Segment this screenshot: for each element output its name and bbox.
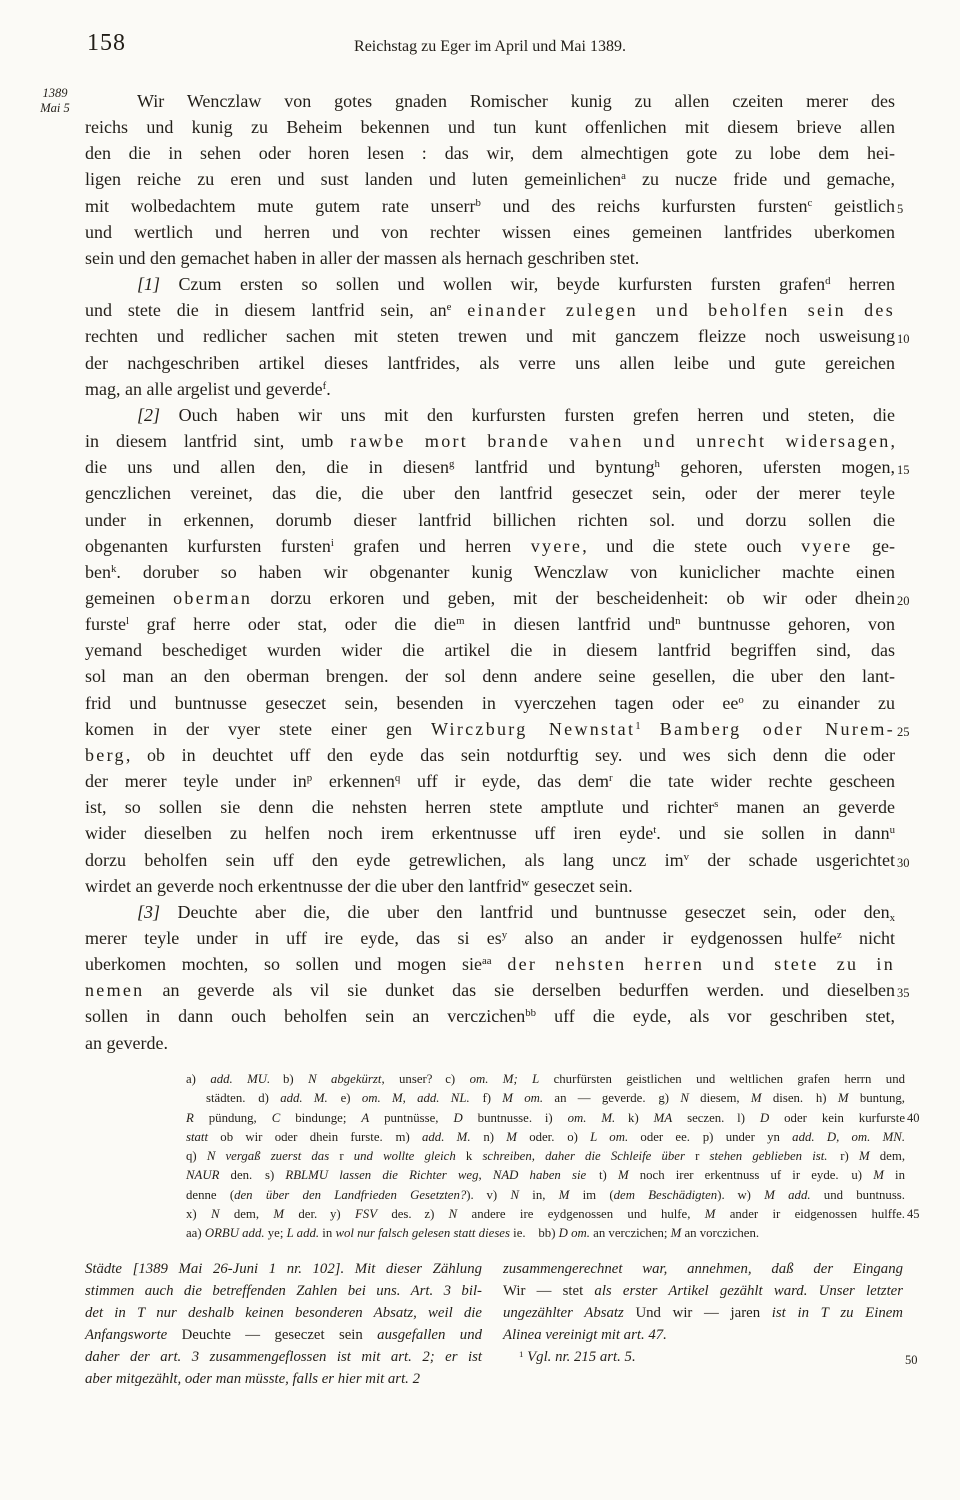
text-segment: furste bbox=[85, 614, 126, 634]
text-segment: in bbox=[884, 1168, 905, 1182]
text-segment: N bbox=[449, 1207, 458, 1221]
text-line: den die in sehen oder horen lesen : das … bbox=[85, 140, 895, 166]
text-segment: , unser? c) bbox=[381, 1072, 469, 1086]
text-line: aa) ORBU add. ye; L add. in wol nur fals… bbox=[186, 1224, 905, 1243]
text-segment: disen. h) bbox=[762, 1091, 838, 1105]
text-segment: R bbox=[186, 1111, 194, 1125]
text-segment: add. D, om. MN. bbox=[792, 1130, 905, 1144]
text-segment: gehoren, ufersten mogen, bbox=[660, 457, 895, 477]
text-segment: und wollte gleich bbox=[344, 1149, 466, 1163]
margin-date-year: 1389 bbox=[22, 86, 88, 101]
text-segment: buntung, bbox=[849, 1091, 905, 1105]
text-segment: N vergaß zuerst das bbox=[207, 1149, 340, 1163]
text-segment: wider dieselben zu helfen noch irem erke… bbox=[85, 823, 653, 843]
text-line: mag, an alle argelist und geverdef. bbox=[85, 376, 895, 402]
text-line: benk. doruber so haben wir obgenanter ku… bbox=[85, 559, 895, 585]
text-line: Wir Wenczlaw von gotes gnaden Romischer … bbox=[85, 88, 895, 114]
text-line: a) add. MU. b) N abgekürzt, unser? c) om… bbox=[186, 1070, 905, 1089]
text-segment: dem, bbox=[870, 1149, 905, 1163]
text-segment: add. M. bbox=[422, 1130, 471, 1144]
text-segment: ben bbox=[85, 562, 111, 582]
line-number: 25 bbox=[897, 719, 925, 745]
text-segment: wol nur falsch gelesen statt dieses bbox=[335, 1226, 510, 1240]
text-line: ligen reiche zu eren und sust landen und… bbox=[85, 166, 895, 192]
text-line: komen in der vyer stete einer gen Wirczb… bbox=[85, 716, 895, 742]
text-segment: M bbox=[273, 1207, 284, 1221]
text-segment: und buntnuss. bbox=[811, 1188, 905, 1202]
text-segment: k) bbox=[615, 1111, 653, 1125]
text-line: R pündung, C bindunge; A puntnüsse, D bu… bbox=[186, 1109, 905, 1128]
text-segment: Wir Wenczlaw von gotes gnaden Romischer … bbox=[137, 91, 895, 111]
text-segment: M bbox=[859, 1149, 870, 1163]
text-segment: bindunge; bbox=[280, 1111, 361, 1125]
text-segment: die uns und allen den, die in diesen bbox=[85, 457, 449, 477]
text-segment: MA bbox=[654, 1111, 672, 1125]
text-segment: uberkomen mochten, so sollen und mogen s… bbox=[85, 954, 482, 974]
text-segment: reichs und kunig zu Beheim bekennen und … bbox=[85, 117, 895, 137]
margin-date-day: Mai 5 bbox=[22, 101, 88, 116]
text-segment: . und sie sollen in dann bbox=[656, 823, 889, 843]
line-number: 5 bbox=[897, 196, 925, 222]
text-line: in diesem lantfrid sint, umb rawbe mort … bbox=[85, 428, 895, 454]
text-segment: M bbox=[618, 1168, 629, 1182]
text-line: genczlichen vereinet, das die, die uber … bbox=[85, 480, 895, 506]
main-text: Wir Wenczlaw von gotes gnaden Romischer … bbox=[85, 88, 895, 1056]
text-segment: Wir — stet bbox=[503, 1283, 583, 1299]
text-segment: schreiben, daher die Schleife über bbox=[472, 1149, 695, 1163]
paragraph-intro: Wir Wenczlaw von gotes gnaden Romischer … bbox=[85, 88, 895, 271]
text-segment: aa) bbox=[186, 1226, 205, 1240]
text-line: daher der art. 3 zusammengeflossen ist m… bbox=[85, 1346, 482, 1368]
text-segment: Czum ersten so sollen und wollen wir, be… bbox=[160, 274, 825, 294]
commentary-right-column: zusammengerechnet war, annehmen, daß der… bbox=[503, 1258, 903, 1368]
text-segment: geseczet sein. bbox=[529, 876, 632, 896]
text-segment: buntnusse gehoren, von bbox=[681, 614, 895, 634]
text-segment: an vorczichen. bbox=[681, 1226, 759, 1240]
text-line: gemeinen oberman dorzu erkoren und geben… bbox=[85, 585, 895, 611]
text-segment: sollen in dann ouch beholfen sein an ver… bbox=[85, 1006, 525, 1026]
footnote-mark: aa bbox=[482, 955, 492, 967]
text-segment: ungezählter Absatz bbox=[503, 1305, 635, 1321]
text-line: rechten und redlicher sachen mit steten … bbox=[85, 323, 895, 349]
text-segment: yemand beschediget wurden wider die arti… bbox=[85, 640, 895, 660]
text-segment: D bbox=[760, 1111, 769, 1125]
text-segment: zusammengerechnet war, annehmen, daß der… bbox=[503, 1261, 903, 1277]
text-segment: ander ir eidgenossen hulffe. bbox=[715, 1207, 905, 1221]
text-segment: add. M. bbox=[280, 1091, 328, 1105]
text-segment: an verczichen; bbox=[590, 1226, 671, 1240]
line-number: 20 bbox=[897, 588, 925, 614]
text-segment: sein und den gemachet haben in aller der… bbox=[85, 248, 639, 268]
text-segment: om. M, add. NL. bbox=[362, 1091, 470, 1105]
text-line: aber mitgezählt, oder man müsste, falls … bbox=[85, 1368, 482, 1390]
line-number: 45 bbox=[907, 1205, 935, 1224]
text-line: yemand beschediget wurden wider die arti… bbox=[85, 637, 895, 663]
text-segment: obgenanten kurfursten fursten bbox=[85, 536, 331, 556]
text-segment: ob wir oder dhein furste. m) bbox=[208, 1130, 422, 1144]
text-line: x) N dem, M der. y) FSV des. z) N andere… bbox=[186, 1205, 905, 1224]
text-segment: FSV bbox=[355, 1207, 377, 1221]
line-number: 50 bbox=[905, 1349, 933, 1371]
text-segment: aber mitgezählt, oder man müsste, falls … bbox=[85, 1371, 420, 1387]
text-segment: gemeinen bbox=[85, 588, 173, 608]
text-segment: den die in sehen oder horen lesen : das … bbox=[85, 143, 895, 163]
paragraph-article-1: [1] Czum ersten so sollen und wollen wir… bbox=[85, 271, 895, 402]
text-segment: den über den Landfrieden Gesetzten? bbox=[234, 1188, 466, 1202]
text-segment bbox=[451, 300, 467, 320]
text-segment: die tate wider rechte gescheen bbox=[613, 771, 895, 791]
text-segment: in diesem lantfrid sint, umb bbox=[85, 431, 350, 451]
text-segment: komen in der vyer stete einer gen bbox=[85, 719, 431, 739]
text-segment: in diesen lantfrid und bbox=[464, 614, 675, 634]
text-line: und stete die in diesem lantfrid sein, a… bbox=[85, 297, 895, 323]
margin-date: 1389 Mai 5 bbox=[22, 86, 88, 116]
text-line: uberkomen mochten, so sollen und mogen s… bbox=[85, 951, 895, 977]
text-segment: NAUR bbox=[186, 1168, 219, 1182]
text-segment: . doruber so haben wir obgenanter kunig … bbox=[116, 562, 895, 582]
text-segment: N bbox=[680, 1091, 689, 1105]
text-segment: vyere bbox=[531, 536, 582, 556]
text-segment: churfürsten geistlichen und weltlichen g… bbox=[539, 1072, 905, 1086]
text-segment: in, bbox=[519, 1188, 559, 1202]
text-segment: mag, an alle argelist und geverde bbox=[85, 379, 323, 399]
text-segment: manen an geverde bbox=[718, 797, 895, 817]
text-line: wider dieselben zu helfen noch irem erke… bbox=[85, 820, 895, 846]
text-segment: C bbox=[272, 1111, 281, 1125]
text-line: sein und den gemachet haben in aller der… bbox=[85, 245, 895, 271]
text-segment: städten. d) bbox=[206, 1091, 280, 1105]
line-number: 30 bbox=[897, 850, 925, 876]
text-segment: Wirczburg Newnstat bbox=[431, 719, 635, 739]
text-segment: merer teyle under in uff ire eyde, das s… bbox=[85, 928, 502, 948]
text-segment: vyere bbox=[801, 536, 852, 556]
text-segment: statt bbox=[186, 1130, 208, 1144]
text-line: mit wolbedachtem mute gutem rate unserrb… bbox=[85, 193, 895, 219]
text-segment: M add. bbox=[764, 1188, 810, 1202]
text-segment: rechten und redlicher sachen mit steten … bbox=[85, 326, 895, 346]
text-segment: oder. o) bbox=[517, 1130, 590, 1144]
text-segment bbox=[492, 954, 508, 974]
text-line: städten. d) add. M. e) om. M, add. NL. f… bbox=[186, 1089, 905, 1108]
text-segment: ). v) bbox=[466, 1188, 510, 1202]
text-line: Wir — stet als erster Artikel gezählt wa… bbox=[503, 1280, 903, 1302]
text-line: der merer teyle under inp erkennenq uff … bbox=[85, 768, 895, 794]
text-segment: M bbox=[751, 1091, 762, 1105]
text-segment: noch irer erkentnuss uf ir eyde. u) bbox=[629, 1168, 874, 1182]
text-segment: einander zulegen und beholfen sein des bbox=[467, 300, 895, 320]
text-line: under in erkennen, dorumb dieser lantfri… bbox=[85, 507, 895, 533]
text-segment: Vgl. nr. 215 art. 5. bbox=[523, 1349, 635, 1365]
text-line: [2] Ouch haben wir uns mit den kurfurste… bbox=[85, 402, 895, 428]
text-segment: grafen und herren bbox=[334, 536, 531, 556]
text-segment: add. MU. bbox=[210, 1072, 270, 1086]
text-segment: und des reichs kurfursten fursten bbox=[481, 196, 808, 216]
text-segment: der nachgeschriben artikel dieses lantfr… bbox=[85, 353, 895, 373]
text-segment: M bbox=[506, 1130, 517, 1144]
text-line: Anfangsworte Deuchte — geseczet sein aus… bbox=[85, 1324, 482, 1346]
text-line: 1 Vgl. nr. 215 art. 5.50 bbox=[503, 1346, 903, 1368]
text-segment: der schade usgerichtet bbox=[689, 850, 895, 870]
text-line: frid und buntnusse geseczet sein, besend… bbox=[85, 690, 895, 716]
text-segment: r) bbox=[828, 1149, 859, 1163]
text-segment: zu nucze fride und gemache, bbox=[626, 169, 895, 189]
text-segment: erkennen bbox=[312, 771, 395, 791]
footnote-mark: w bbox=[521, 877, 529, 889]
text-line: obgenanten kurfursten fursteni grafen un… bbox=[85, 533, 895, 559]
paragraph-article-2: [2] Ouch haben wir uns mit den kurfurste… bbox=[85, 402, 895, 899]
text-segment: ie. bb) bbox=[510, 1226, 559, 1240]
text-line: stimmen auch die betreffenden Zahlen bei… bbox=[85, 1280, 482, 1302]
line-number: 40 bbox=[907, 1109, 935, 1128]
text-line: NAUR den. s) RBLMU lassen die Richter we… bbox=[186, 1166, 905, 1185]
text-line: statt ob wir oder dhein furste. m) add. … bbox=[186, 1128, 905, 1147]
text-segment: denne ( bbox=[186, 1188, 234, 1202]
text-line: wirdet an geverde noch erkentnusse der d… bbox=[85, 873, 895, 899]
text-segment: RBLMU lassen die Richter weg, NAD haben … bbox=[285, 1168, 586, 1182]
text-line: q) N vergaß zuerst das r und wollte glei… bbox=[186, 1147, 905, 1166]
text-segment: [2] bbox=[137, 405, 160, 425]
paragraph-article-3: [3] Deuchte aber die, die uber den lantf… bbox=[85, 899, 895, 1056]
text-segment: puntnüsse, bbox=[369, 1111, 453, 1125]
text-line: furstel graf herre oder stat, oder die d… bbox=[85, 611, 895, 637]
text-line: die uns und allen den, die in dieseng la… bbox=[85, 454, 895, 480]
text-line: zusammengerechnet war, annehmen, daß der… bbox=[503, 1258, 903, 1280]
text-segment: [1] bbox=[137, 274, 160, 294]
text-segment: Und wir — jaren bbox=[635, 1305, 760, 1321]
text-line: sol man an den oberman brengen. der sol … bbox=[85, 663, 895, 689]
text-segment: A bbox=[361, 1111, 369, 1125]
text-segment: daher der art. 3 zusammengeflossen ist m… bbox=[85, 1349, 482, 1365]
text-segment: Deuchte aber die, die uber den lantfrid … bbox=[160, 902, 890, 922]
text-segment: in bbox=[319, 1226, 335, 1240]
text-segment: N bbox=[211, 1207, 220, 1221]
text-segment: nemen bbox=[85, 980, 144, 1000]
text-segment: als erster Artikel gezählt ward. Unser l… bbox=[583, 1283, 903, 1299]
text-line: [1] Czum ersten so sollen und wollen wir… bbox=[85, 271, 895, 297]
text-segment: der nehsten herren und stete zu in bbox=[507, 954, 895, 974]
text-segment: [3] bbox=[137, 902, 160, 922]
text-segment: M bbox=[705, 1207, 716, 1221]
text-segment: dorzu erkoren und geben, mit der beschei… bbox=[252, 588, 895, 608]
line-number: 35 bbox=[897, 980, 925, 1006]
text-segment: ORBU add. bbox=[205, 1226, 265, 1240]
text-segment: andere ire eydgenossen und hulfe, bbox=[457, 1207, 705, 1221]
text-segment: Alinea vereinigt mit art. 47. bbox=[503, 1327, 667, 1343]
text-line: denne (den über den Landfrieden Gesetzte… bbox=[186, 1186, 905, 1205]
text-segment: an — geverde. g) bbox=[543, 1091, 680, 1105]
text-line: und wertlich und herren und von rechter … bbox=[85, 219, 895, 245]
text-segment: Bamberg oder Nurem- bbox=[660, 719, 895, 739]
text-segment: Ouch haben wir uns mit den kurfursten fu… bbox=[160, 405, 895, 425]
text-segment: dem, bbox=[220, 1207, 274, 1221]
text-segment: om. M; L bbox=[470, 1072, 540, 1086]
text-segment: zu einander zu bbox=[744, 693, 895, 713]
footnote-mark: 1 bbox=[635, 720, 640, 732]
text-segment: an geverde als vil sie dunket das sie de… bbox=[144, 980, 895, 1000]
text-segment: frid und buntnusse geseczet sein, besend… bbox=[85, 693, 738, 713]
text-segment: M om. bbox=[502, 1091, 543, 1105]
text-segment: ist in T zu Einem bbox=[760, 1305, 903, 1321]
line-number: 15 bbox=[897, 457, 925, 483]
text-line: an geverde. bbox=[85, 1030, 895, 1056]
text-segment: , und die stete ouch bbox=[582, 536, 801, 556]
text-segment bbox=[641, 719, 660, 739]
text-segment: N abgekürzt bbox=[308, 1072, 381, 1086]
text-line: merer teyle under in uff ire eyde, das s… bbox=[85, 925, 895, 951]
text-segment: des. z) bbox=[377, 1207, 449, 1221]
text-segment: und stete die in diesem lantfrid sein, a… bbox=[85, 300, 447, 320]
text-segment: L om. bbox=[590, 1130, 628, 1144]
text-segment: oberman bbox=[173, 588, 252, 608]
text-segment: N bbox=[510, 1188, 519, 1202]
text-segment: stimmen auch die betreffenden Zahlen bei… bbox=[85, 1283, 482, 1299]
text-segment: Städte [1389 Mai 26-Juni 1 nr. 102]. Mit… bbox=[85, 1261, 482, 1277]
text-segment: q) bbox=[186, 1149, 207, 1163]
text-segment: x bbox=[890, 912, 895, 924]
text-segment: pündung, bbox=[194, 1111, 272, 1125]
text-segment: ist, so sollen sie denn die nehsten herr… bbox=[85, 797, 714, 817]
text-segment: der merer teyle under in bbox=[85, 771, 307, 791]
text-segment: D om. bbox=[559, 1226, 590, 1240]
text-line: dorzu beholfen sein uff den eyde getrewl… bbox=[85, 847, 895, 873]
text-segment: , bbox=[891, 431, 896, 451]
text-segment: den. s) bbox=[219, 1168, 285, 1182]
text-line: Städte [1389 Mai 26-Juni 1 nr. 102]. Mit… bbox=[85, 1258, 482, 1280]
text-segment: e) bbox=[328, 1091, 362, 1105]
text-segment: f) bbox=[470, 1091, 503, 1105]
line-number: 10 bbox=[897, 326, 925, 352]
text-segment: geistlich bbox=[812, 196, 895, 216]
text-line: der nachgeschriben artikel dieses lantfr… bbox=[85, 350, 895, 376]
text-segment: buntnusse. i) bbox=[463, 1111, 568, 1125]
text-segment: an geverde. bbox=[85, 1033, 168, 1053]
text-segment: , ob in deuchtet uff den eyde das sein n… bbox=[126, 745, 895, 765]
text-segment: x) bbox=[186, 1207, 211, 1221]
text-segment: om. M. bbox=[568, 1111, 616, 1125]
text-segment: ge- bbox=[853, 536, 895, 556]
text-segment: M bbox=[838, 1091, 849, 1105]
text-segment: ye; bbox=[265, 1226, 287, 1240]
text-segment: M bbox=[559, 1188, 570, 1202]
text-segment: uff ir eyde, das dem bbox=[400, 771, 609, 791]
text-segment: wirdet an geverde noch erkentnusse der d… bbox=[85, 876, 521, 896]
text-segment: oder kein kurfurste bbox=[769, 1111, 905, 1125]
text-segment: rawbe mort brande vahen und unrecht wide… bbox=[350, 431, 890, 451]
text-segment: seczen. l) bbox=[672, 1111, 760, 1125]
text-line: Alinea vereinigt mit art. 47. bbox=[503, 1324, 903, 1346]
text-segment: a) bbox=[186, 1072, 210, 1086]
text-segment: M bbox=[671, 1226, 682, 1240]
text-segment: diesem, bbox=[689, 1091, 751, 1105]
text-line: sollen in dann ouch beholfen sein an ver… bbox=[85, 1003, 895, 1029]
text-line: [3] Deuchte aber die, die uber den lantf… bbox=[85, 899, 895, 925]
text-segment: berg bbox=[85, 745, 126, 765]
text-segment: nicht bbox=[842, 928, 895, 948]
text-segment: ). w) bbox=[717, 1188, 764, 1202]
running-title: Reichstag zu Eger im April und Mai 1389. bbox=[85, 38, 895, 56]
text-segment: L add. bbox=[287, 1226, 319, 1240]
text-line: nemen an geverde als vil sie dunket das … bbox=[85, 977, 895, 1003]
text-segment: uff die eyde, als vor geschriben stet, bbox=[536, 1006, 895, 1026]
text-segment: mit wolbedachtem mute gutem rate unserr bbox=[85, 196, 476, 216]
text-segment: . bbox=[326, 379, 331, 399]
scanned-book-page: 158 Reichstag zu Eger im April und Mai 1… bbox=[0, 0, 960, 1500]
text-line: det in T nur deshalb keinen besonderen A… bbox=[85, 1302, 482, 1324]
text-line: ist, so sollen sie denn die nehsten herr… bbox=[85, 794, 895, 820]
text-segment: graf herre oder stat, oder die die bbox=[129, 614, 456, 634]
text-line: reichs und kunig zu Beheim bekennen und … bbox=[85, 114, 895, 140]
text-segment: im ( bbox=[569, 1188, 613, 1202]
text-segment: also an ander ir eydgenossen hulfe bbox=[507, 928, 837, 948]
text-segment: und wertlich und herren und von rechter … bbox=[85, 222, 895, 242]
text-segment: stehen geblieben ist. bbox=[699, 1149, 827, 1163]
text-segment: ligen reiche zu eren und sust landen und… bbox=[85, 169, 621, 189]
text-segment: ausgefallen und bbox=[363, 1327, 482, 1343]
text-segment: herren bbox=[831, 274, 895, 294]
text-segment: n) bbox=[471, 1130, 507, 1144]
text-segment: det in T nur deshalb keinen besonderen A… bbox=[85, 1305, 482, 1321]
footnote-mark: bb bbox=[525, 1007, 536, 1019]
text-segment: b) bbox=[270, 1072, 308, 1086]
text-line: ungezählter Absatz Und wir — jaren ist i… bbox=[503, 1302, 903, 1324]
text-segment: dem Beschädigten bbox=[614, 1188, 718, 1202]
text-segment: t) bbox=[586, 1168, 618, 1182]
text-segment: D bbox=[453, 1111, 462, 1125]
text-line: berg, ob in deuchtet uff den eyde das se… bbox=[85, 742, 895, 768]
text-segment: dorzu beholfen sein uff den eyde getrewl… bbox=[85, 850, 684, 870]
text-segment: oder ee. p) under yn bbox=[628, 1130, 792, 1144]
text-segment: under in erkennen, dorumb dieser lantfri… bbox=[85, 510, 895, 530]
critical-apparatus: a) add. MU. b) N abgekürzt, unser? c) om… bbox=[186, 1070, 905, 1244]
text-segment: Anfangsworte bbox=[85, 1327, 182, 1343]
text-segment: genczlichen vereinet, das die, die uber … bbox=[85, 483, 895, 503]
commentary-left-column: Städte [1389 Mai 26-Juni 1 nr. 102]. Mit… bbox=[85, 1258, 482, 1391]
text-segment: sol man an den oberman brengen. der sol … bbox=[85, 666, 895, 686]
text-segment: Deuchte — geseczet sein bbox=[182, 1327, 363, 1343]
text-segment: lantfrid und byntung bbox=[454, 457, 654, 477]
text-segment: M bbox=[873, 1168, 884, 1182]
footnote-mark: u bbox=[890, 824, 895, 836]
text-segment: der. y) bbox=[284, 1207, 355, 1221]
